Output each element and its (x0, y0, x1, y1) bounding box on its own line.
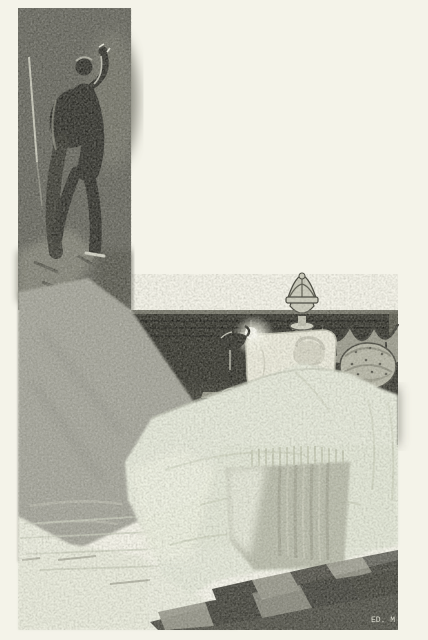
illustration: ED. M (0, 0, 428, 640)
artwork-plate: ED. M (0, 0, 428, 640)
